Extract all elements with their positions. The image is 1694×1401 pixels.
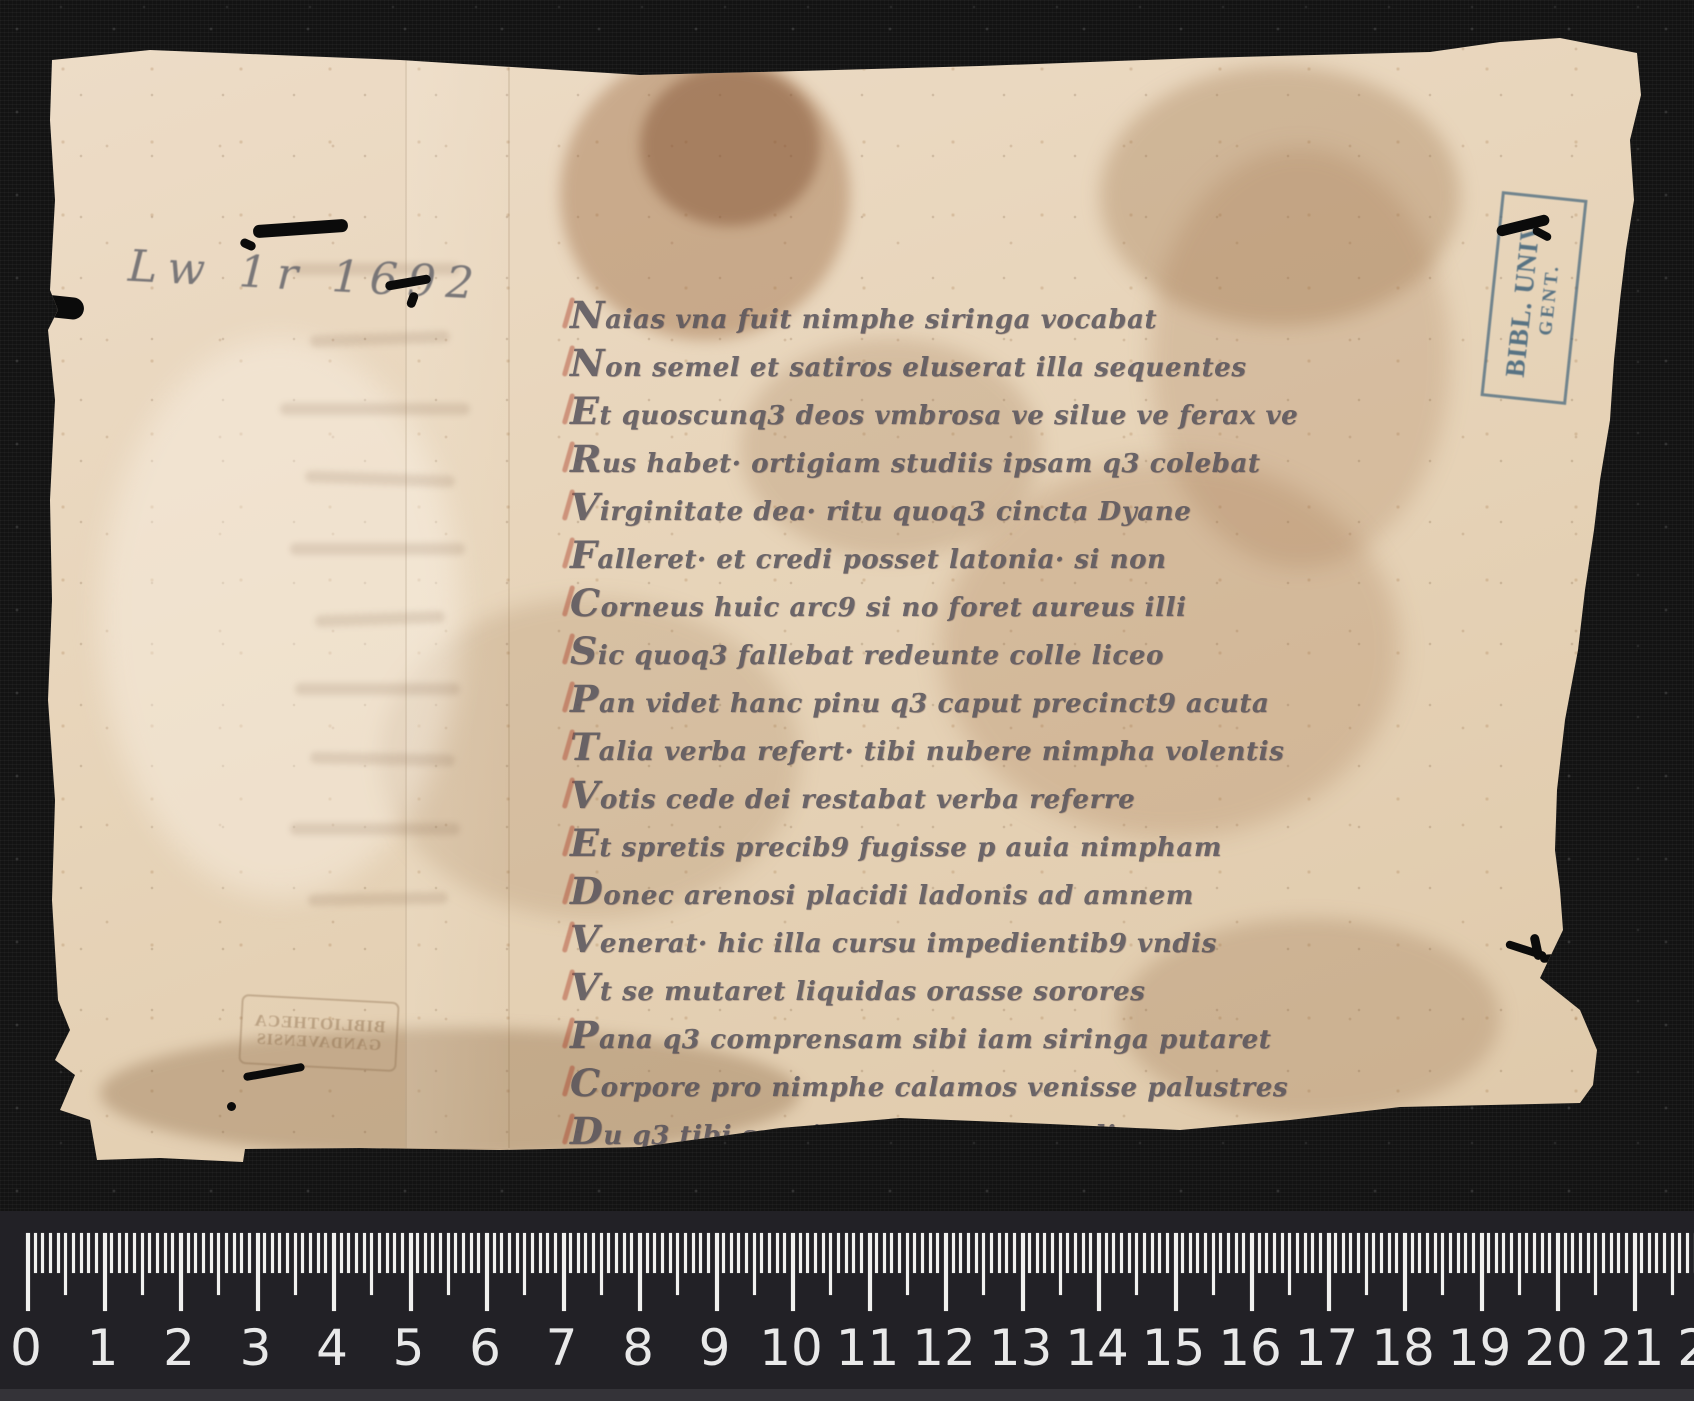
ruler-tick xyxy=(814,1233,817,1273)
ruler-tick xyxy=(1281,1233,1284,1273)
ruler-tick xyxy=(508,1233,511,1273)
ruler-tick xyxy=(860,1233,863,1273)
manuscript-line: Talia verba refert· tibi nubere nimpha v… xyxy=(570,725,1284,769)
ruler-tick xyxy=(1541,1233,1544,1273)
ruler-tick xyxy=(539,1233,542,1273)
manuscript-line: Venerat· hic illa cursu impedientib9 vnd… xyxy=(570,917,1217,961)
ruler-tick xyxy=(1304,1233,1307,1273)
ruler-tick xyxy=(80,1233,83,1273)
verse-text: Sic quoq3 fallebat redeunte colle liceo xyxy=(570,629,1164,673)
ruler-tick xyxy=(569,1233,572,1273)
ruler-tick xyxy=(661,1233,664,1273)
ruler-number: 11 xyxy=(836,1319,900,1377)
ruler-tick xyxy=(462,1233,465,1273)
ruler-tick xyxy=(1372,1233,1375,1273)
ruler-tick xyxy=(776,1233,779,1273)
ruler-tick xyxy=(401,1233,404,1273)
ruler-tick xyxy=(1548,1233,1551,1273)
showthrough-stamp-bibliotheca-gandavensis: BIBLIOTHECA GANDAVENSIS xyxy=(238,994,399,1072)
ruler-tick xyxy=(890,1233,893,1273)
ruler-tick xyxy=(959,1233,962,1273)
ruler-number: 14 xyxy=(1065,1319,1129,1377)
ruler-number: 5 xyxy=(393,1319,425,1377)
manuscript-line: Pana q3 comprensam sibi iam siringa puta… xyxy=(570,1013,1271,1057)
ruler-tick xyxy=(103,1233,107,1311)
ruler-tick xyxy=(26,1233,30,1311)
ruler-number: 4 xyxy=(316,1319,348,1377)
ruler-number: 7 xyxy=(546,1319,578,1377)
ruler-tick xyxy=(1036,1233,1039,1273)
ruler-number: 1 xyxy=(87,1319,119,1377)
ruler-tick xyxy=(837,1233,840,1273)
ruler-tick xyxy=(49,1233,52,1273)
ruler-tick xyxy=(745,1233,748,1273)
verse-text: Vt se mutaret liquidas orasse sorores xyxy=(570,965,1145,1009)
ruler-tick xyxy=(1571,1233,1574,1273)
ruler-tick xyxy=(41,1233,44,1273)
ruler-tick xyxy=(669,1233,672,1273)
paste-strip xyxy=(405,58,508,1148)
ruler-tick xyxy=(210,1233,213,1273)
ruler-tick xyxy=(1495,1233,1498,1273)
ruler-tick xyxy=(240,1233,243,1273)
manuscript-line: Corneus huic arc9 si no foret aureus ill… xyxy=(570,581,1187,625)
ruler-tick xyxy=(1097,1233,1101,1311)
ruler-tick xyxy=(1556,1233,1560,1311)
ruler-tick xyxy=(554,1233,557,1273)
ruler-tick xyxy=(1357,1233,1360,1273)
ruler-tick xyxy=(1602,1233,1605,1273)
verse-text: Falleret· et credi posset latonia· si no… xyxy=(570,533,1167,577)
ruler-tick xyxy=(1013,1233,1016,1273)
ruler-tick xyxy=(692,1233,695,1273)
verse-text: Naias vna fuit nimphe siringa vocabat xyxy=(570,293,1157,337)
ruler-tick xyxy=(370,1233,373,1295)
ruler-number: 8 xyxy=(622,1319,654,1377)
verse-text: Pana q3 comprensam sibi iam siringa puta… xyxy=(570,1013,1271,1057)
ruler-tick xyxy=(1204,1233,1207,1273)
ruler-number: 2 xyxy=(163,1319,195,1377)
ruler-tick xyxy=(363,1233,366,1273)
ruler-tick xyxy=(1449,1233,1452,1273)
ruler-tick xyxy=(676,1233,679,1295)
ruler-number: 16 xyxy=(1218,1319,1282,1377)
ruler-tick xyxy=(256,1233,260,1311)
ruler-number: 12 xyxy=(912,1319,976,1377)
ruler-tick xyxy=(1327,1233,1331,1311)
ruler-tick xyxy=(1128,1233,1131,1273)
ruler-tick xyxy=(913,1233,916,1273)
ruler-tick xyxy=(1434,1233,1437,1273)
manuscript-line: Donec arenosi placidi ladonis ad amnem xyxy=(570,869,1194,913)
manuscript-line: Corpore pro nimphe calamos venisse palus… xyxy=(570,1061,1288,1105)
ruler-tick xyxy=(110,1233,113,1273)
fold-line xyxy=(508,58,510,1148)
ruler-tick xyxy=(1464,1233,1467,1273)
ruler-tick xyxy=(1288,1233,1291,1295)
ruler-tick xyxy=(546,1233,549,1273)
verse-text: Talia verba refert· tibi nubere nimpha v… xyxy=(570,725,1284,769)
ruler-tick xyxy=(1059,1233,1062,1295)
ruler-number: 20 xyxy=(1524,1319,1588,1377)
ruler-tick xyxy=(737,1233,740,1273)
ruler-tick xyxy=(248,1233,251,1273)
ruler-tick xyxy=(1678,1233,1681,1273)
ruler-tick xyxy=(1135,1233,1138,1295)
ruler-tick xyxy=(975,1233,978,1273)
ruler-tick xyxy=(217,1233,220,1295)
showthrough-text xyxy=(310,752,455,767)
ruler-tick xyxy=(699,1233,702,1273)
ruler-tick xyxy=(454,1233,457,1273)
ruler-tick xyxy=(760,1233,763,1273)
ruler-tick xyxy=(57,1233,60,1273)
ruler-tick xyxy=(523,1233,526,1295)
ruler-number: 17 xyxy=(1295,1319,1359,1377)
ruler-tick xyxy=(1594,1233,1597,1295)
ruler-tick xyxy=(730,1233,733,1273)
ruler-tick xyxy=(1480,1233,1484,1311)
fold-line xyxy=(405,58,407,1148)
ruler-tick xyxy=(493,1233,496,1273)
ruler-tick xyxy=(1502,1233,1505,1273)
ruler-tick xyxy=(623,1233,626,1273)
ruler-tick xyxy=(1510,1233,1513,1273)
ruler-tick xyxy=(286,1233,289,1273)
ruler-tick xyxy=(1273,1233,1276,1273)
ruler-tick xyxy=(1028,1233,1031,1273)
ruler-tick xyxy=(1066,1233,1069,1273)
ruler-tick xyxy=(1043,1233,1046,1273)
ruler-tick xyxy=(340,1233,343,1273)
verse-text: Pan videt hanc pinu q3 caput precinct9 a… xyxy=(570,677,1269,721)
cm-ruler: 012345678910111213141516171819202122 xyxy=(0,1211,1694,1401)
ruler-tick xyxy=(852,1233,855,1273)
ruler-tick xyxy=(600,1233,603,1295)
stain xyxy=(640,66,820,226)
ruler-tick xyxy=(1151,1233,1154,1273)
ruler-tick xyxy=(707,1233,710,1273)
showthrough-text xyxy=(295,683,460,695)
ruler-number: 22 xyxy=(1677,1319,1694,1377)
ruler-tick xyxy=(921,1233,924,1273)
showthrough-text xyxy=(308,892,448,906)
ruler-number: 10 xyxy=(759,1319,823,1377)
ruler-tick xyxy=(822,1233,825,1273)
ruler-tick xyxy=(1250,1233,1254,1311)
ruler-tick xyxy=(409,1233,413,1311)
ruler-number: 15 xyxy=(1142,1319,1206,1377)
ruler-tick xyxy=(1265,1233,1268,1273)
ink-mark xyxy=(227,1102,236,1111)
ruler-tick xyxy=(768,1233,771,1273)
ruler-tick xyxy=(1671,1233,1674,1295)
verse-text: Virginitate dea· ritu quoq3 cincta Dyane xyxy=(570,485,1191,529)
ruler-number: 0 xyxy=(10,1319,42,1377)
ruler-tick xyxy=(1219,1233,1222,1273)
ruler-tick xyxy=(1120,1233,1123,1273)
ruler-number: 9 xyxy=(699,1319,731,1377)
ruler-tick xyxy=(967,1233,970,1273)
ruler-tick xyxy=(577,1233,580,1273)
ruler-tick xyxy=(179,1233,183,1311)
ruler-tick xyxy=(125,1233,128,1273)
ruler-tick xyxy=(1082,1233,1085,1273)
ruler-tick xyxy=(592,1233,595,1273)
ruler-tick xyxy=(607,1233,610,1273)
ruler-tick xyxy=(684,1233,687,1273)
ruler-tick xyxy=(944,1233,948,1311)
ruler-tick xyxy=(936,1233,939,1273)
ruler-tick xyxy=(898,1233,901,1273)
ruler-tick xyxy=(1388,1233,1391,1273)
ruler-tick xyxy=(516,1233,519,1273)
ruler-tick xyxy=(1587,1233,1590,1273)
ruler-tick xyxy=(1319,1233,1322,1273)
ruler-tick xyxy=(225,1233,228,1273)
ruler-tick xyxy=(393,1233,396,1273)
ruler-tick xyxy=(1342,1233,1345,1273)
ruler-tick xyxy=(263,1233,266,1273)
ruler-tick xyxy=(1105,1233,1108,1273)
ruler-tick xyxy=(164,1233,167,1273)
ruler-tick xyxy=(1686,1233,1689,1273)
ruler-tick xyxy=(715,1233,719,1311)
ruler-tick xyxy=(1334,1233,1337,1273)
ruler-tick xyxy=(194,1233,197,1273)
ruler-tick xyxy=(1426,1233,1429,1273)
ruler-tick xyxy=(416,1233,419,1273)
ruler-tick xyxy=(378,1233,381,1273)
ruler-tick xyxy=(1472,1233,1475,1273)
verse-text: Venerat· hic illa cursu impedientib9 vnd… xyxy=(570,917,1217,961)
ruler-tick xyxy=(1533,1233,1536,1273)
ruler-tick xyxy=(1051,1233,1054,1273)
ruler-tick xyxy=(1296,1233,1299,1273)
ink-mark xyxy=(253,219,349,239)
showthrough-text xyxy=(290,823,460,835)
ruler-tick xyxy=(500,1233,503,1273)
ruler-tick xyxy=(477,1233,480,1273)
manuscript-line: Et quoscunq3 deos vmbrosa ve silue ve fe… xyxy=(570,389,1298,433)
ruler-tick xyxy=(1349,1233,1352,1273)
ruler-tick xyxy=(1181,1233,1184,1273)
verse-text: Corneus huic arc9 si no foret aureus ill… xyxy=(570,581,1187,625)
ruler-tick xyxy=(431,1233,434,1273)
ruler-tick xyxy=(584,1233,587,1273)
manuscript-line: Pan videt hanc pinu q3 caput precinct9 a… xyxy=(570,677,1269,721)
ruler-tick xyxy=(883,1233,886,1273)
ruler-tick xyxy=(1235,1233,1238,1273)
ruler-tick xyxy=(317,1233,320,1273)
ruler-tick xyxy=(1403,1233,1407,1311)
ruler-tick xyxy=(753,1233,756,1295)
ruler-tick xyxy=(118,1233,121,1273)
ruler-tick xyxy=(638,1233,642,1311)
ruler-tick xyxy=(156,1233,159,1273)
ruler-tick xyxy=(1625,1233,1628,1273)
ruler-tick xyxy=(1617,1233,1620,1273)
ruler-tick xyxy=(998,1233,1001,1273)
manuscript-line: Rus habet· ortigiam studiis ipsam q3 col… xyxy=(570,437,1261,481)
ruler-tick xyxy=(439,1233,442,1273)
verse-text: Et quoscunq3 deos vmbrosa ve silue ve fe… xyxy=(570,389,1298,433)
ruler-tick xyxy=(791,1233,795,1311)
ruler-tick xyxy=(1633,1233,1637,1311)
ruler-tick xyxy=(294,1233,297,1295)
ruler-tick xyxy=(1158,1233,1161,1273)
ruler-tick xyxy=(1655,1233,1658,1273)
verse-text: Et spretis precib9 fugisse p auia nimpha… xyxy=(570,821,1222,865)
ruler-tick xyxy=(1518,1233,1521,1295)
ruler-tick xyxy=(1311,1233,1314,1273)
verse-text: Donec arenosi placidi ladonis ad amnem xyxy=(570,869,1194,913)
ruler-number: 3 xyxy=(240,1319,272,1377)
ruler-tick xyxy=(1174,1233,1178,1311)
ruler-tick xyxy=(133,1233,136,1273)
ruler-tick xyxy=(845,1233,848,1273)
ruler-tick xyxy=(1380,1233,1383,1273)
manuscript-line: Vt se mutaret liquidas orasse sorores xyxy=(570,965,1145,1009)
ruler-tick xyxy=(1212,1233,1215,1295)
ruler-tick xyxy=(324,1233,327,1273)
ruler-number: 6 xyxy=(469,1319,501,1377)
ruler-tick xyxy=(187,1233,190,1273)
showthrough-text xyxy=(290,543,465,555)
stain xyxy=(1100,66,1460,326)
ruler-tick xyxy=(1005,1233,1008,1273)
ruler-tick xyxy=(1365,1233,1368,1295)
ruler-tick xyxy=(1189,1233,1192,1273)
ruler-tick xyxy=(1487,1233,1490,1273)
ruler-tick xyxy=(990,1233,993,1273)
manuscript-line: Sic quoq3 fallebat redeunte colle liceo xyxy=(570,629,1164,673)
manuscript-line: Votis cede dei restabat verba referre xyxy=(570,773,1135,817)
showthrough-text xyxy=(280,403,470,415)
ruler-tick xyxy=(1457,1233,1460,1273)
ruler-tick xyxy=(1112,1233,1115,1273)
ruler-number: 13 xyxy=(989,1319,1053,1377)
ruler-tick xyxy=(1564,1233,1567,1273)
ruler-tick xyxy=(952,1233,955,1273)
ruler-tick xyxy=(1648,1233,1651,1273)
ruler-tick xyxy=(1074,1233,1077,1273)
ruler-tick xyxy=(1089,1233,1092,1273)
ruler-tick xyxy=(309,1233,312,1273)
ruler-tick xyxy=(64,1233,67,1295)
ruler-tick xyxy=(34,1233,37,1273)
ruler-tick xyxy=(615,1233,618,1273)
ruler-tick xyxy=(148,1233,151,1273)
ruler-tick xyxy=(332,1233,336,1311)
ruler-tick xyxy=(301,1233,304,1273)
ruler-tick xyxy=(1579,1233,1582,1273)
ruler-tick xyxy=(1610,1233,1613,1273)
ruler-tick xyxy=(906,1233,909,1295)
ruler-tick xyxy=(1242,1233,1245,1273)
ruler-tick xyxy=(1640,1233,1643,1273)
manuscript-fragment: Naias vna fuit nimphe siringa vocabat No… xyxy=(40,38,1646,1166)
ruler-number: 18 xyxy=(1371,1319,1435,1377)
ruler-tick xyxy=(929,1233,932,1273)
ruler-tick xyxy=(875,1233,878,1273)
ruler-tick xyxy=(171,1233,174,1273)
ruler-tick xyxy=(562,1233,566,1311)
manuscript-line: Et spretis precib9 fugisse p auia nimpha… xyxy=(570,821,1222,865)
ruler-tick xyxy=(1395,1233,1398,1273)
verse-text: Non semel et satiros eluserat illa seque… xyxy=(570,341,1247,385)
ruler-tick xyxy=(531,1233,534,1273)
ruler-tick xyxy=(1411,1233,1414,1273)
manuscript-line: Non semel et satiros eluserat illa seque… xyxy=(570,341,1247,385)
ruler-tick xyxy=(1663,1233,1666,1273)
ruler-tick xyxy=(1166,1233,1169,1273)
ruler-tick xyxy=(424,1233,427,1273)
manuscript-line: Naias vna fuit nimphe siringa vocabat xyxy=(570,293,1157,337)
ruler-tick xyxy=(141,1233,144,1295)
manuscript-line: Falleret· et credi posset latonia· si no… xyxy=(570,533,1167,577)
ruler-tick xyxy=(202,1233,205,1273)
ruler-tick xyxy=(1258,1233,1261,1273)
ruler-tick xyxy=(868,1233,872,1311)
ruler-tick xyxy=(87,1233,90,1273)
ruler-tick xyxy=(646,1233,649,1273)
ruler-tick xyxy=(386,1233,389,1273)
ruler-tick xyxy=(829,1233,832,1295)
verse-text: Rus habet· ortigiam studiis ipsam q3 col… xyxy=(570,437,1261,481)
ruler-tick xyxy=(95,1233,98,1273)
ruler-tick xyxy=(982,1233,985,1295)
ruler-number: 21 xyxy=(1601,1319,1665,1377)
ruler-tick xyxy=(233,1233,236,1273)
ruler-tick xyxy=(485,1233,489,1311)
ruler-tick xyxy=(1143,1233,1146,1273)
ruler-tick xyxy=(783,1233,786,1273)
ruler-tick xyxy=(1441,1233,1444,1295)
ruler-tick xyxy=(630,1233,633,1273)
ruler-tick xyxy=(72,1233,75,1273)
ruler-tick xyxy=(1525,1233,1528,1273)
ruler-tick xyxy=(271,1233,274,1273)
ruler-tick xyxy=(1196,1233,1199,1273)
manuscript-line: Virginitate dea· ritu quoq3 cincta Dyane xyxy=(570,485,1191,529)
verse-text: Votis cede dei restabat verba referre xyxy=(570,773,1135,817)
ruler-tick xyxy=(1021,1233,1025,1311)
ruler-tick xyxy=(470,1233,473,1273)
ruler-tick xyxy=(355,1233,358,1273)
verse-text: Corpore pro nimphe calamos venisse palus… xyxy=(570,1061,1288,1105)
ruler-tick xyxy=(347,1233,350,1273)
ruler-tick xyxy=(799,1233,802,1273)
ruler-tick xyxy=(278,1233,281,1273)
ruler-tick xyxy=(806,1233,809,1273)
ruler-tick xyxy=(653,1233,656,1273)
ruler-number: 19 xyxy=(1448,1319,1512,1377)
ruler-tick xyxy=(1418,1233,1421,1273)
ruler-tick xyxy=(447,1233,450,1295)
ruler-tick xyxy=(722,1233,725,1273)
ruler-tick xyxy=(1227,1233,1230,1273)
